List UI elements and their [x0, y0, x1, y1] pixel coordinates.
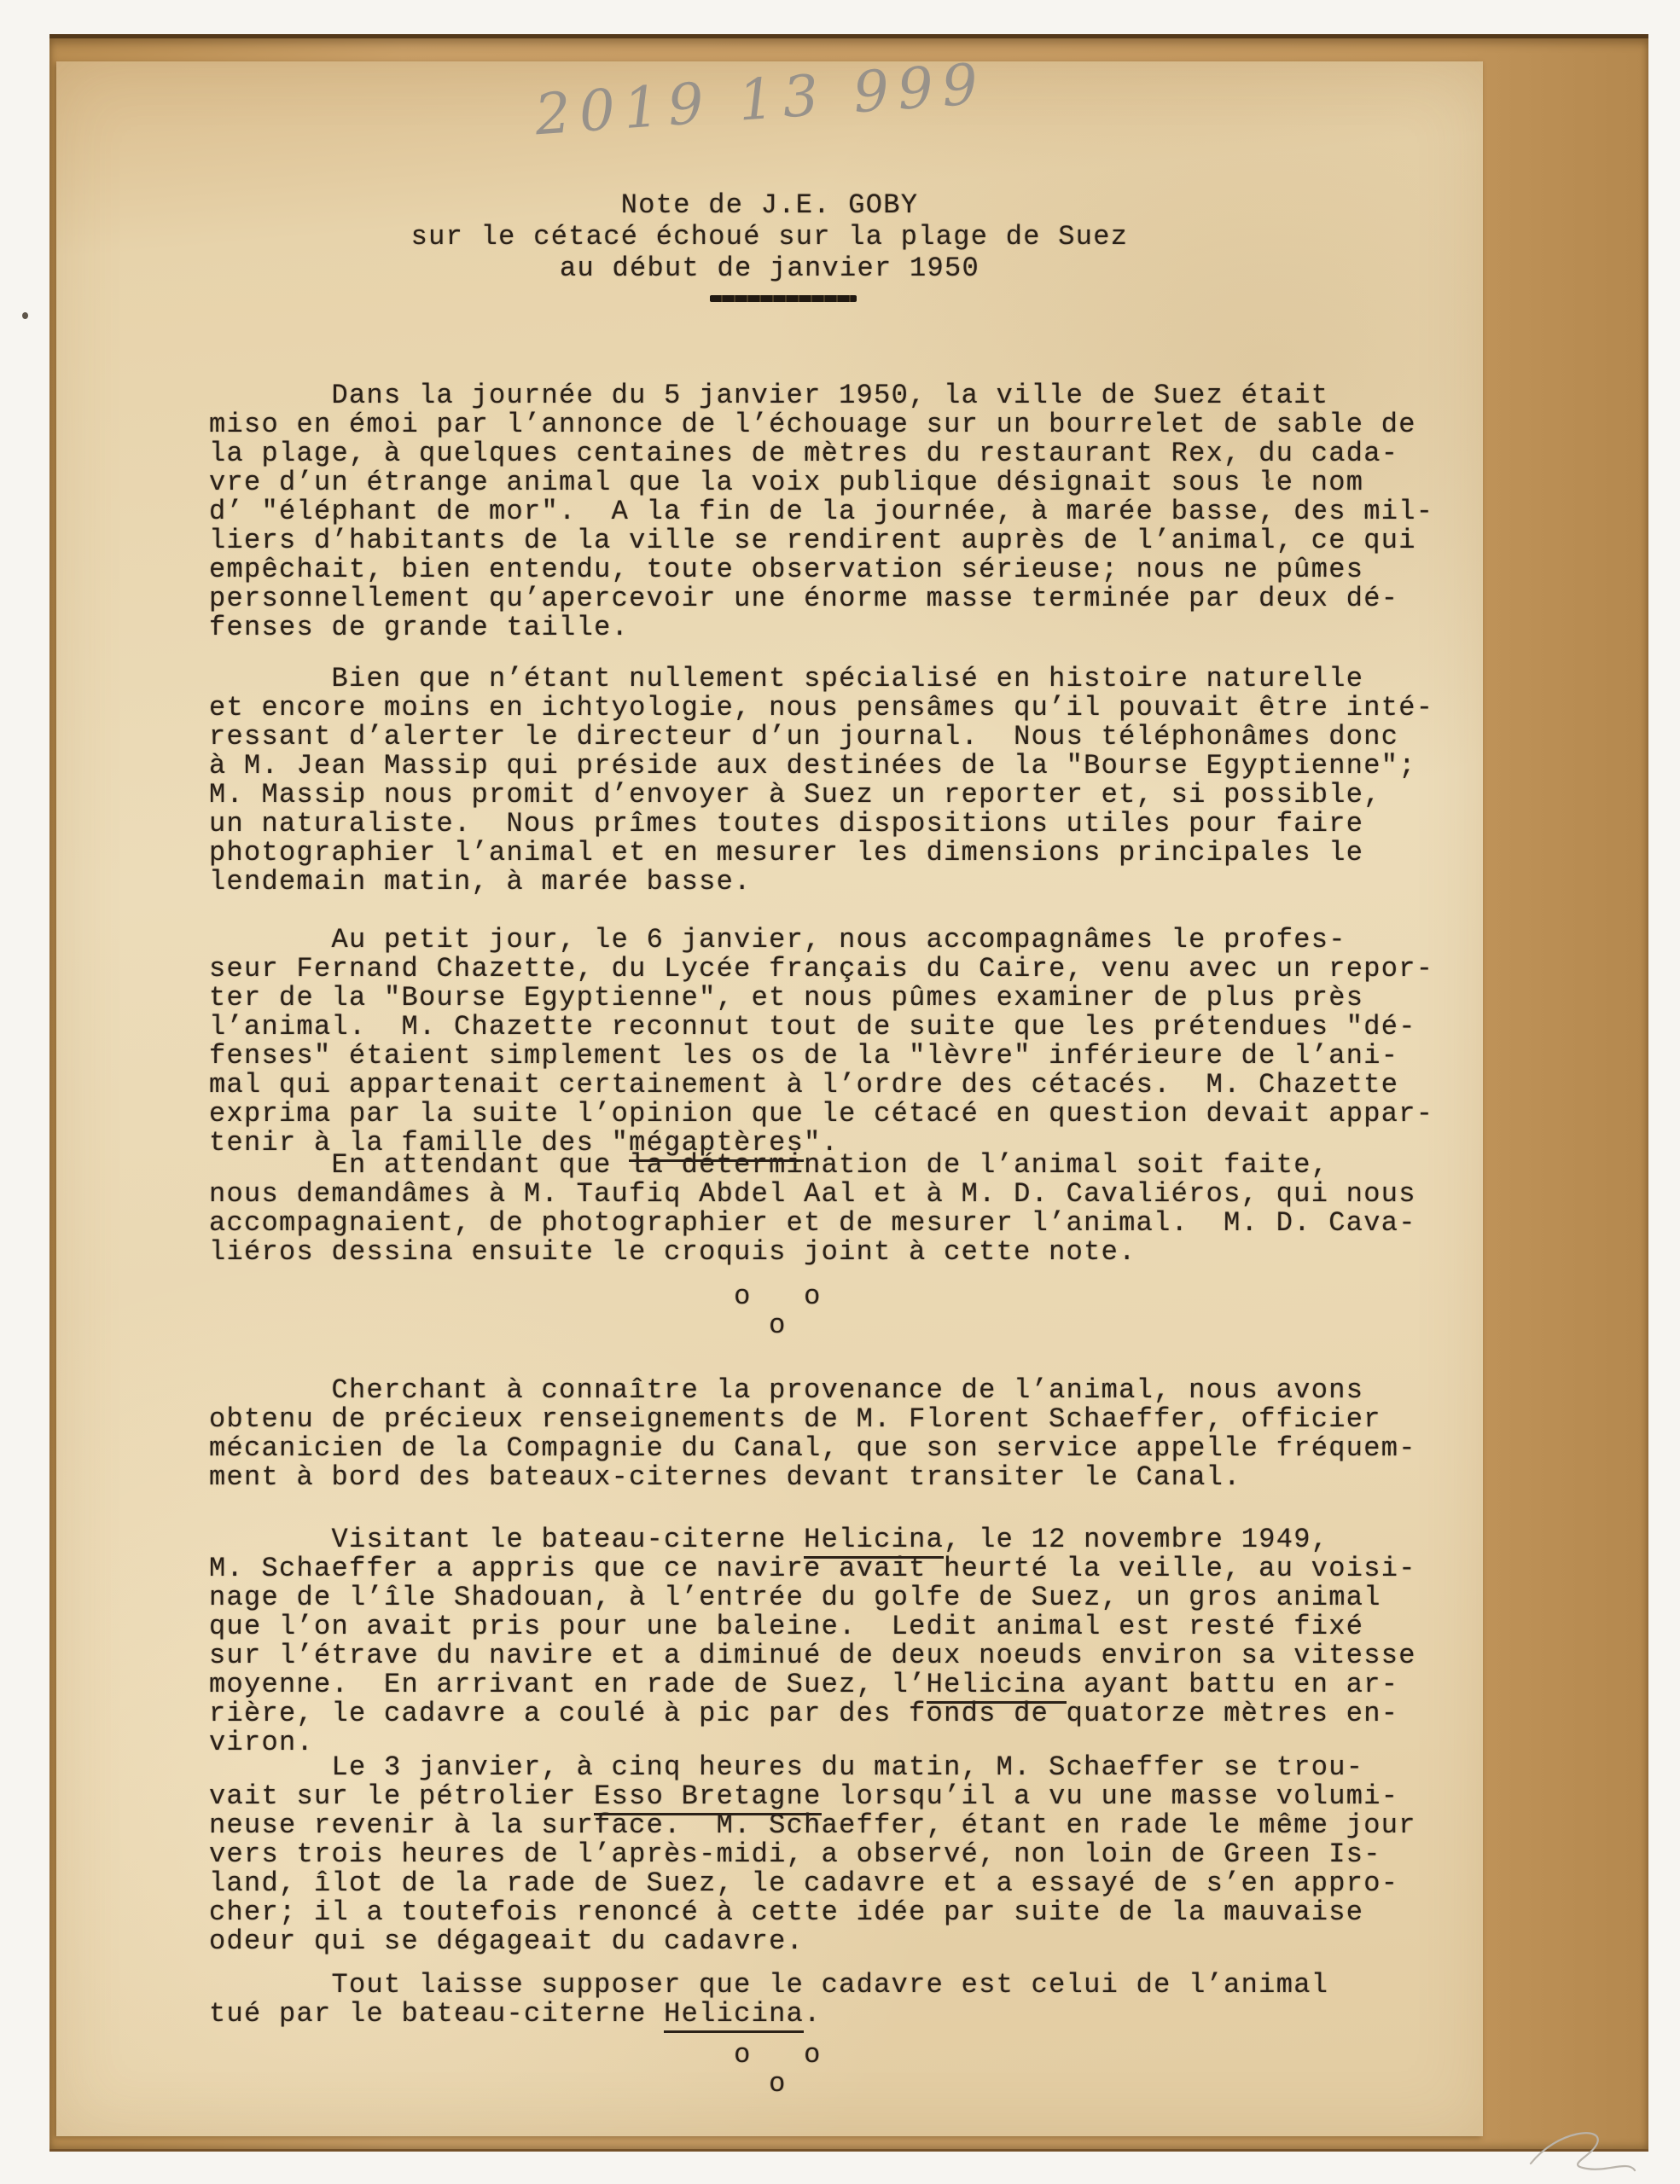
typed-line: accompagnaient, de photographier et de m…: [209, 1209, 1416, 1238]
typed-line: liéros dessina ensuite le croquis joint …: [209, 1238, 1416, 1267]
typed-line: liers d’habitants de la ville se rendire…: [209, 526, 1433, 555]
paragraph-7: Le 3 janvier, à cinq heures du matin, M.…: [209, 1753, 1416, 1956]
scanned-document: 2019 13 999 Note de J.E. GOBY sur le cét…: [0, 0, 1680, 2184]
paragraph-2: Bien que n’étant nullement spécialisé en…: [209, 665, 1433, 897]
typed-line: o: [209, 2070, 822, 2099]
typed-line: odeur qui se dégageait du cadavre.: [209, 1927, 1416, 1956]
paragraph-4: En attendant que la détermination de l’a…: [209, 1151, 1416, 1267]
typed-line: mal qui appartenait certainement à l’ord…: [209, 1071, 1433, 1100]
typed-line: la plage, à quelques centaines de mètres…: [209, 439, 1433, 468]
paragraph-3: Au petit jour, le 6 janvier, nous accomp…: [209, 926, 1433, 1158]
typed-line: fenses" étaient simplement les os de la …: [209, 1042, 1433, 1071]
typed-line: obtenu de précieux renseignements de M. …: [209, 1405, 1416, 1434]
typed-line: tué par le bateau-citerne Helicina.: [209, 2000, 1328, 2029]
separator-1: o o o: [209, 1282, 822, 1340]
separator-2: o o o: [209, 2041, 822, 2099]
typed-line: d’ "éléphant de mor". A la fin de la jou…: [209, 497, 1433, 526]
typed-line: exprima par la suite l’opinion que le cé…: [209, 1100, 1433, 1129]
typed-page: 2019 13 999 Note de J.E. GOBY sur le cét…: [56, 61, 1483, 2136]
paragraph-1: Dans la journée du 5 janvier 1950, la vi…: [209, 381, 1433, 642]
typed-line: neuse revenir à la surface. M. Schaeffer…: [209, 1811, 1416, 1840]
typed-line: En attendant que la détermination de l’a…: [209, 1151, 1416, 1180]
typed-line: et encore moins en ichtyologie, nous pen…: [209, 694, 1433, 723]
typed-line: o: [209, 1311, 822, 1340]
typed-line: moyenne. En arrivant en rade de Suez, l’…: [209, 1670, 1416, 1699]
title-line-1: Note de J.E. GOBY: [56, 189, 1483, 221]
typed-line: ressant d’alerter le directeur d’un jour…: [209, 723, 1433, 752]
typed-line: personnellement qu’apercevoir une énorme…: [209, 584, 1433, 613]
title-line-2: sur le cétacé échoué sur la plage de Sue…: [56, 221, 1483, 253]
typed-line: sur l’étrave du navire et a diminué de d…: [209, 1641, 1416, 1670]
typed-line: Cherchant à connaître la provenance de l…: [209, 1376, 1416, 1405]
typed-line: l’animal. M. Chazette reconnut tout de s…: [209, 1013, 1433, 1042]
pencil-squiggle: [1526, 2126, 1662, 2181]
typed-line: Au petit jour, le 6 janvier, nous accomp…: [209, 926, 1433, 955]
typed-line: Visitant le bateau-citerne Helicina, le …: [209, 1525, 1416, 1554]
typed-line: mécanicien de la Compagnie du Canal, que…: [209, 1434, 1416, 1463]
typed-line: fenses de grande taille.: [209, 613, 1433, 642]
typed-line: Bien que n’étant nullement spécialisé en…: [209, 665, 1433, 694]
typed-line: photographier l’animal et en mesurer les…: [209, 839, 1433, 868]
typed-line: M. Massip nous promit d’envoyer à Suez u…: [209, 781, 1433, 810]
typed-line: rière, le cadavre a coulé à pic par des …: [209, 1699, 1416, 1728]
typed-line: nous demandâmes à M. Taufiq Abdel Aal et…: [209, 1180, 1416, 1209]
title-underline: [710, 295, 857, 302]
document-title: Note de J.E. GOBY sur le cétacé échoué s…: [56, 189, 1483, 302]
typed-line: à M. Jean Massip qui préside aux destiné…: [209, 752, 1433, 781]
typed-line: ment à bord des bateaux-citernes devant …: [209, 1463, 1416, 1492]
title-line-3: au début de janvier 1950: [56, 253, 1483, 284]
paper-speck: [1266, 478, 1270, 482]
typed-line: ter de la "Bourse Egyptienne", et nous p…: [209, 984, 1433, 1013]
paragraph-5: Cherchant à connaître la provenance de l…: [209, 1376, 1416, 1492]
paragraph-6: Visitant le bateau-citerne Helicina, le …: [209, 1525, 1416, 1757]
typed-line: vers trois heures de l’après-midi, a obs…: [209, 1840, 1416, 1869]
paper-speck: [22, 312, 28, 319]
typed-line: seur Fernand Chazette, du Lycée français…: [209, 955, 1433, 984]
typed-line: Dans la journée du 5 janvier 1950, la vi…: [209, 381, 1433, 410]
typed-line: un naturaliste. Nous prîmes toutes dispo…: [209, 810, 1433, 839]
typed-line: lendemain matin, à marée basse.: [209, 868, 1433, 897]
typed-line: que l’on avait pris pour une baleine. Le…: [209, 1612, 1416, 1641]
typed-line: empêchait, bien entendu, toute observati…: [209, 555, 1433, 584]
archival-number-handwritten: 2019 13 999: [532, 51, 988, 148]
typed-line: o o: [209, 1282, 822, 1311]
typed-line: nage de l’île Shadouan, à l’entrée du go…: [209, 1583, 1416, 1612]
typed-line: vre d’un étrange animal que la voix publ…: [209, 468, 1433, 497]
typed-line: miso en émoi par l’annonce de l’échouage…: [209, 410, 1433, 439]
typed-line: o o: [209, 2041, 822, 2070]
typed-line: cher; il a toutefois renoncé à cette idé…: [209, 1898, 1416, 1927]
paragraph-8: Tout laisse supposer que le cadavre est …: [209, 1971, 1328, 2029]
typed-line: Tout laisse supposer que le cadavre est …: [209, 1971, 1328, 2000]
typed-line: M. Schaeffer a appris que ce navire avai…: [209, 1554, 1416, 1583]
typed-line: Le 3 janvier, à cinq heures du matin, M.…: [209, 1753, 1416, 1782]
typed-line: land, îlot de la rade de Suez, le cadavr…: [209, 1869, 1416, 1898]
typed-line: vait sur le pétrolier Esso Bretagne lors…: [209, 1782, 1416, 1811]
